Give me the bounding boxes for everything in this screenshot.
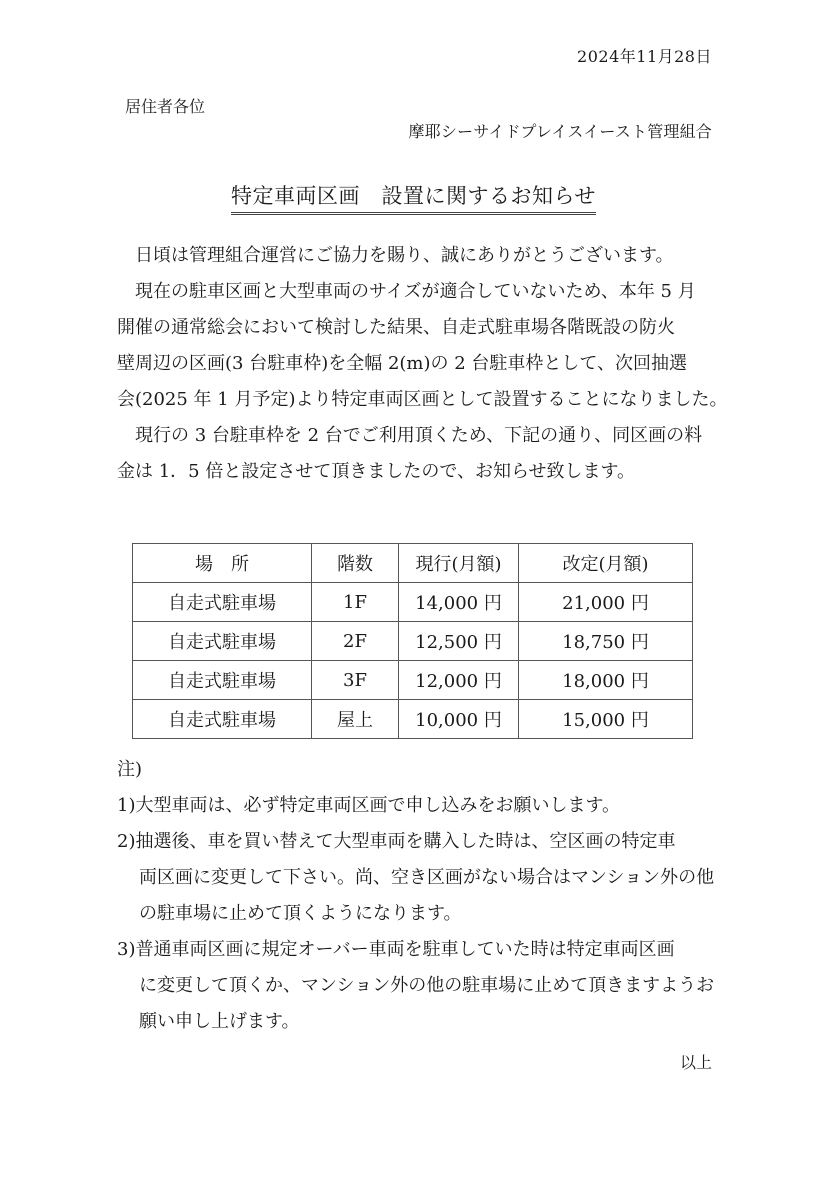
body-line: 金は 1．5 倍と設定させて頂きましたので、お知らせ致します。 — [117, 454, 717, 490]
header-revised-fee: 改定(月額) — [519, 544, 693, 583]
table-row: 自走式駐車場 1F 14,000 円 21,000 円 — [133, 583, 693, 622]
cell-place: 自走式駐車場 — [133, 583, 312, 622]
table-row: 自走式駐車場 3F 12,000 円 18,000 円 — [133, 661, 693, 700]
table-row: 自走式駐車場 2F 12,500 円 18,750 円 — [133, 622, 693, 661]
fee-table: 場 所 階数 現行(月額) 改定(月額) 自走式駐車場 1F 14,000 円 … — [132, 543, 693, 739]
greeting-line: 日頃は管理組合運営にご協力を賜り、誠にありがとうございます。 — [117, 238, 717, 274]
cell-revised-fee: 15,000 円 — [519, 700, 693, 739]
cell-floor: 屋上 — [312, 700, 399, 739]
header-floor: 階数 — [312, 544, 399, 583]
cell-place: 自走式駐車場 — [133, 700, 312, 739]
body-line: 現行の 3 台駐車枠を 2 台でご利用頂くため、下記の通り、同区画の料 — [117, 418, 717, 454]
note-item-continuation: 両区画に変更して下さい。尚、空き区画がない場合はマンション外の他 — [117, 860, 737, 896]
note-item: 2)抽選後、車を買い替えて大型車両を購入した時は、空区画の特定車 — [117, 824, 737, 860]
cell-current-fee: 12,500 円 — [399, 622, 519, 661]
header-current-fee: 現行(月額) — [399, 544, 519, 583]
cell-place: 自走式駐車場 — [133, 661, 312, 700]
note-item-continuation: に変更して頂くか、マンション外の他の駐車場に止めて頂きますようお — [117, 968, 737, 1004]
body-line: 開催の通常総会において検討した結果、自走式駐車場各階既設の防火 — [117, 310, 717, 346]
issue-date: 2024年11月28日 — [577, 44, 712, 67]
notes-heading: 注) — [117, 752, 737, 788]
cell-current-fee: 12,000 円 — [399, 661, 519, 700]
closing-mark: 以上 — [680, 1050, 712, 1073]
cell-place: 自走式駐車場 — [133, 622, 312, 661]
cell-revised-fee: 21,000 円 — [519, 583, 693, 622]
cell-floor: 1F — [312, 583, 399, 622]
cell-current-fee: 10,000 円 — [399, 700, 519, 739]
sender-organization: 摩耶シーサイドプレイスイースト管理組合 — [409, 119, 712, 142]
notice-page: 2024年11月28日 居住者各位 摩耶シーサイドプレイスイースト管理組合 特定… — [0, 0, 840, 1187]
cell-current-fee: 14,000 円 — [399, 583, 519, 622]
body-line: 会(2025 年 1 月予定)より特定車両区画として設置することになりました。 — [117, 382, 717, 418]
table-header-row: 場 所 階数 現行(月額) 改定(月額) — [133, 544, 693, 583]
notes-section: 注) 1)大型車両は、必ず特定車両区画で申し込みをお願いします。 2)抽選後、車… — [117, 752, 737, 1040]
notice-title: 特定車両区画 設置に関するお知らせ — [231, 180, 596, 215]
notice-body: 日頃は管理組合運営にご協力を賜り、誠にありがとうございます。 現在の駐車区画と大… — [117, 238, 717, 490]
header-place: 場 所 — [133, 544, 312, 583]
note-item: 3)普通車両区画に規定オーバー車両を駐車していた時は特定車両区画 — [117, 932, 737, 968]
cell-floor: 3F — [312, 661, 399, 700]
table-row: 自走式駐車場 屋上 10,000 円 15,000 円 — [133, 700, 693, 739]
recipient: 居住者各位 — [125, 94, 205, 117]
note-item: 1)大型車両は、必ず特定車両区画で申し込みをお願いします。 — [117, 788, 737, 824]
body-line: 現在の駐車区画と大型車両のサイズが適合していないため、本年 5 月 — [117, 274, 717, 310]
body-line: 壁周辺の区画(3 台駐車枠)を全幅 2(m)の 2 台駐車枠として、次回抽選 — [117, 346, 717, 382]
cell-revised-fee: 18,750 円 — [519, 622, 693, 661]
note-item-continuation: 願い申し上げます。 — [117, 1004, 737, 1040]
note-item-continuation: の駐車場に止めて頂くようになります。 — [117, 896, 737, 932]
cell-revised-fee: 18,000 円 — [519, 661, 693, 700]
cell-floor: 2F — [312, 622, 399, 661]
